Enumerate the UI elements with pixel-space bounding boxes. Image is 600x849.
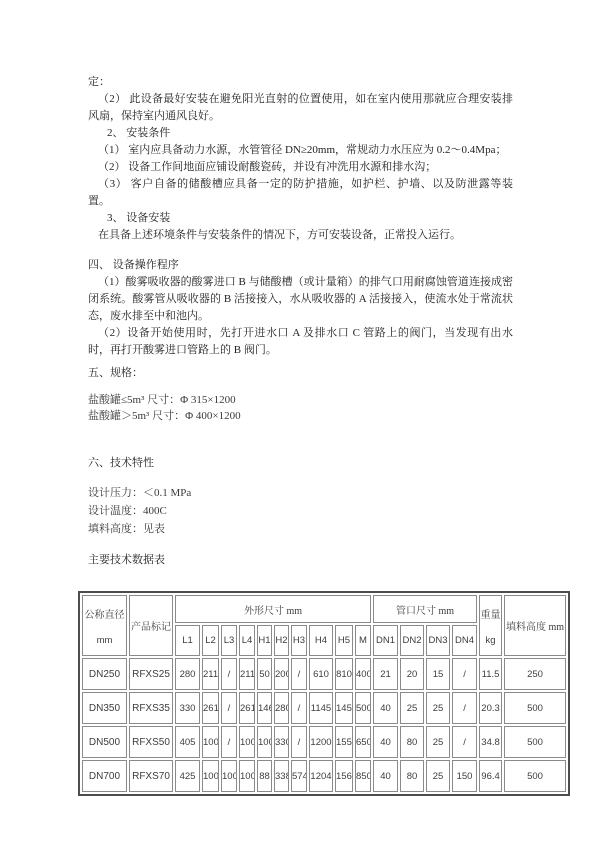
table-cell: 211: [239, 658, 255, 690]
table-cell: 250: [504, 658, 566, 690]
operation-step-1: （1）酸雾吸收器的酸雾进口 B 与储酸槽（或计量箱）的排气口用耐腐蚀管道连接成密…: [88, 274, 513, 325]
design-temperature: 设计温度：400C: [88, 502, 513, 520]
document-content: 定：（2） 此设备最好安装在避免阳光直射的位置使用，如在室内使用那就应合理安装排…: [0, 0, 600, 796]
table-cell: DN500: [82, 726, 127, 758]
table-cell: 100: [202, 726, 219, 758]
table-cell: /: [291, 692, 307, 724]
table-cell: DN350: [82, 692, 127, 724]
table-cell: 100: [239, 726, 255, 758]
table-row-dn500: DN500RFXS50405100/100100330/120015536504…: [82, 726, 566, 758]
table-cell: 400: [355, 658, 371, 690]
weight-label: 重量: [481, 606, 501, 621]
subcol-header-h1: H1: [257, 625, 272, 656]
table-cell: 1565: [335, 760, 353, 792]
continuation-line: 定：: [88, 74, 513, 91]
table-cell: /: [452, 692, 477, 724]
col-header-weight: 重量 kg: [479, 595, 502, 656]
table-cell: 96.4: [479, 760, 502, 792]
table-cell: 500: [504, 760, 566, 792]
table-cell: 25: [426, 692, 450, 724]
col-header-nominal-diameter: 公称直径 mm: [82, 595, 127, 656]
table-cell: 405: [175, 726, 200, 758]
subcol-header-m: M: [355, 625, 371, 656]
col-header-packing-height: 填料高度 mm: [504, 595, 566, 656]
table-cell: RFXS35: [129, 692, 173, 724]
table-cell: 34.8: [479, 726, 502, 758]
table-cell: DN250: [82, 658, 127, 690]
table-cell: 100: [257, 726, 272, 758]
table-cell: RFXS70: [129, 760, 173, 792]
table-cell: 88: [257, 760, 272, 792]
table-cell: 1200: [309, 726, 333, 758]
table-cell: 25: [426, 726, 450, 758]
heading-install-conditions: 2、 安装条件: [88, 125, 513, 142]
table-cell: DN700: [82, 760, 127, 792]
table-cell: 500: [504, 692, 566, 724]
packing-height-note: 填料高度：见表: [88, 520, 513, 538]
condition-3: （3） 客户自备的储酸槽应具备一定的防护措施，如护栏、护墙、以及防泄露等装置。: [88, 176, 513, 210]
table-cell: 650: [355, 726, 371, 758]
table-cell: 100: [221, 760, 237, 792]
table-cell: 280: [175, 658, 200, 690]
subcol-header-dn3: DN3: [426, 625, 450, 656]
heading-equipment-install: 3、 设备安装: [88, 210, 513, 227]
table-cell: 200: [274, 658, 289, 690]
table-cell: 20: [400, 658, 424, 690]
operation-step-2: （2）设备开始使用时，先打开进水口 A 及排水口 C 管路上的阀门，当发现有出水…: [88, 325, 513, 359]
table-cell: 330: [175, 692, 200, 724]
document-page: 定：（2） 此设备最好安装在避免阳光直射的位置使用，如在室内使用那就应合理安装排…: [0, 0, 600, 849]
table-cell: RFXS50: [129, 726, 173, 758]
table-cell: 25: [426, 760, 450, 792]
table-cell: 425: [175, 760, 200, 792]
table-cell: 1553: [335, 726, 353, 758]
table-cell: 574: [291, 760, 307, 792]
subcol-header-h2: H2: [274, 625, 289, 656]
table-cell: 261: [239, 692, 255, 724]
table-cell: /: [452, 726, 477, 758]
subcol-header-l2: L2: [202, 625, 219, 656]
table-cell: 25: [400, 692, 424, 724]
table-cell: 810: [335, 658, 353, 690]
table-cell: 40: [373, 692, 398, 724]
table-cell: 500: [504, 726, 566, 758]
subcol-header-l3: L3: [221, 625, 237, 656]
weight-unit: kg: [486, 635, 496, 646]
table-cell: /: [291, 726, 307, 758]
subcol-header-dn4: DN4: [452, 625, 477, 656]
nominal-diameter-unit: mm: [97, 635, 113, 646]
group-header-nozzle-sizes: 管口尺寸 mm: [373, 595, 477, 623]
install-note: 在具备上述环境条件与安装条件的情况下，方可安装设备，正常投入运行。: [88, 227, 513, 244]
table-cell: 1453: [335, 692, 353, 724]
table-group-header-row: 公称直径 mm 产品标记 外形尺寸 mm 管口尺寸 mm 重量 kg 填料高度 …: [82, 595, 566, 623]
table-row-dn700: DN700RFXS7042510010010088338574120415658…: [82, 760, 566, 792]
subcol-header-h3: H3: [291, 625, 307, 656]
table-cell: 40: [373, 726, 398, 758]
table-cell: 1145: [309, 692, 333, 724]
heading-operation: 四、 设备操作程序: [88, 257, 513, 274]
table-cell: 610: [309, 658, 333, 690]
table-cell: 100: [202, 760, 219, 792]
table-cell: 15: [426, 658, 450, 690]
table-cell: 211: [202, 658, 219, 690]
table-cell: /: [221, 726, 237, 758]
subcol-header-dn1: DN1: [373, 625, 398, 656]
table-cell: /: [452, 658, 477, 690]
table-row-dn250: DN250RFXS25280211/21150200/6108104002120…: [82, 658, 566, 690]
table-cell: 338: [274, 760, 289, 792]
table-cell: 280: [274, 692, 289, 724]
table-cell: 1204: [309, 760, 333, 792]
table-cell: 80: [400, 760, 424, 792]
table-cell: /: [221, 658, 237, 690]
table-body: DN250RFXS25280211/21150200/6108104002120…: [82, 658, 566, 792]
table-cell: 100: [239, 760, 255, 792]
table-cell: /: [221, 692, 237, 724]
table-cell: 261: [202, 692, 219, 724]
table-cell: 330: [274, 726, 289, 758]
table-cell: 850: [355, 760, 371, 792]
subcol-header-l1: L1: [175, 625, 200, 656]
table-cell: 21: [373, 658, 398, 690]
table-cell: 150: [452, 760, 477, 792]
table-title: 主要技术数据表: [88, 552, 513, 569]
table-cell: 80: [400, 726, 424, 758]
table-cell: 146: [257, 692, 272, 724]
col-header-product-mark: 产品标记: [129, 595, 173, 656]
table-cell: /: [291, 658, 307, 690]
install-position-note: （2） 此设备最好安装在避免阳光直射的位置使用，如在室内使用那就应合理安装排风扇…: [88, 91, 513, 125]
condition-2: （2） 设备工作间地面应铺设耐酸瓷砖，并设有冲洗用水源和排水沟；: [88, 159, 513, 176]
technical-data-table: 公称直径 mm 产品标记 外形尺寸 mm 管口尺寸 mm 重量 kg 填料高度 …: [78, 591, 570, 796]
table-cell: 20.3: [479, 692, 502, 724]
spec-tank-large: 盐酸罐＞5m³ 尺寸：Φ 400×1200: [88, 408, 513, 424]
table-row-dn350: DN350RFXS35330261/261146280/114514535004…: [82, 692, 566, 724]
table-cell: 40: [373, 760, 398, 792]
heading-specs: 五、规格：: [88, 365, 513, 382]
document-body: 定：（2） 此设备最好安装在避免阳光直射的位置使用，如在室内使用那就应合理安装排…: [88, 74, 513, 569]
design-pressure: 设计压力：＜0.1 MPa: [88, 484, 513, 502]
table-cell: 50: [257, 658, 272, 690]
spec-tank-small: 盐酸罐≤5m³ 尺寸：Φ 315×1200: [88, 392, 513, 408]
subcol-header-dn2: DN2: [400, 625, 424, 656]
table-cell: 500: [355, 692, 371, 724]
table-cell: 11.5: [479, 658, 502, 690]
subcol-header-h5: H5: [335, 625, 353, 656]
table-cell: RFXS25: [129, 658, 173, 690]
subcol-header-l4: L4: [239, 625, 255, 656]
heading-technical: 六、技术特性: [88, 455, 513, 472]
condition-1: （1） 室内应具备动力水源，水管管径 DN≥20mm，常规动力水压应为 0.2～…: [88, 142, 513, 159]
nominal-diameter-label: 公称直径: [85, 606, 125, 621]
subcol-header-h4: H4: [309, 625, 333, 656]
group-header-outer-dimensions: 外形尺寸 mm: [175, 595, 371, 623]
